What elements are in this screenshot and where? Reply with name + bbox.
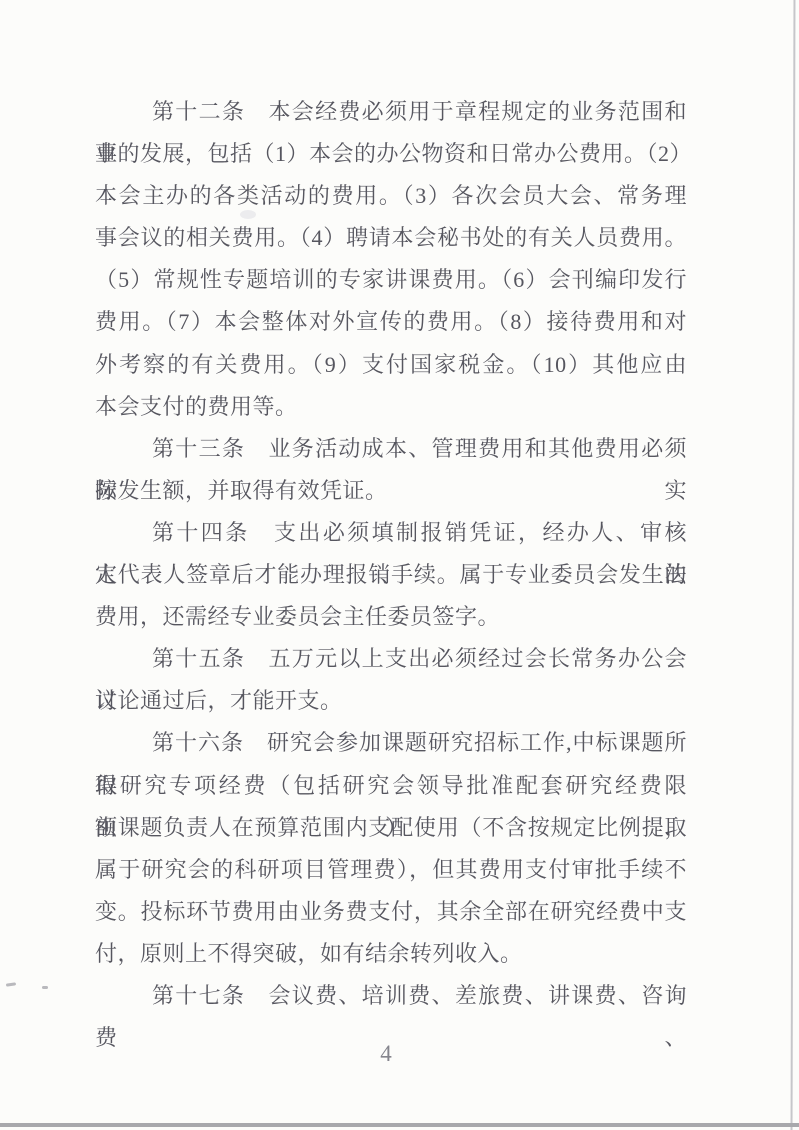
text-line: 定代表人签章后才能办理报销手续。属于专业委员会发生的 (95, 554, 687, 596)
text-line: 得研究专项经费（包括研究会领导批准配套研究经费限额）， (95, 765, 687, 807)
text-line: 第十三条 业务活动成本、管理费用和其他费用必须按实 (95, 428, 687, 470)
text-line: 事会议的相关费用。（4）聘请本会秘书处的有关人员费用。 (95, 217, 687, 259)
text-line: 讨论通过后，才能开支。 (95, 680, 687, 722)
page-number: 4 (340, 1041, 432, 1067)
text-line: 第十四条 支出必须填制报销凭证，经办人、审核人、法 (95, 512, 687, 554)
text-line: （5）常规性专题培训的专家讲课费用。（6）会刊编印发行 (95, 259, 687, 301)
text-line: 第十六条 研究会参加课题研究招标工作,中标课题所取 (95, 722, 687, 764)
document-page: 第十二条 本会经费必须用于章程规定的业务范围和事业的发展，包括（1）本会的办公物… (0, 0, 799, 1130)
document-text-block: 第十二条 本会经费必须用于章程规定的业务范围和事业的发展，包括（1）本会的办公物… (95, 91, 687, 1017)
text-line: 付，原则上不得突破，如有结余转列收入。 (95, 933, 687, 975)
text-line: 属于研究会的科研项目管理费），但其费用支付审批手续不 (95, 849, 687, 891)
text-line: 费用。（7）本会整体对外宣传的费用。（8）接待费用和对 (95, 301, 687, 343)
text-line: 第十七条 会议费、培训费、差旅费、讲课费、咨询费、 (95, 975, 687, 1017)
scan-bottom-edge (0, 1123, 799, 1127)
scan-speck (6, 982, 16, 986)
text-line: 第十二条 本会经费必须用于章程规定的业务范围和事 (95, 91, 687, 133)
text-line: 变。投标环节费用由业务费支付，其余全部在研究经费中支 (95, 891, 687, 933)
text-line: 本会主办的各类活动的费用。（3）各次会员大会、常务理 (95, 175, 687, 217)
scan-speck (42, 986, 48, 989)
text-line: 外考察的有关费用。（9）支付国家税金。（10）其他应由 (95, 344, 687, 386)
text-line: 由课题负责人在预算范围内支配使用（不含按规定比例提取 (95, 807, 687, 849)
text-line: 业的发展，包括（1）本会的办公物资和日常办公费用。（2） (95, 133, 687, 175)
scan-speck (240, 210, 256, 219)
text-line: 本会支付的费用等。 (95, 386, 687, 428)
text-line: 第十五条 五万元以上支出必须经过会长常务办公会议 (95, 638, 687, 680)
scan-right-edge (791, 0, 796, 1130)
text-line: 费用，还需经专业委员会主任委员签字。 (95, 596, 687, 638)
